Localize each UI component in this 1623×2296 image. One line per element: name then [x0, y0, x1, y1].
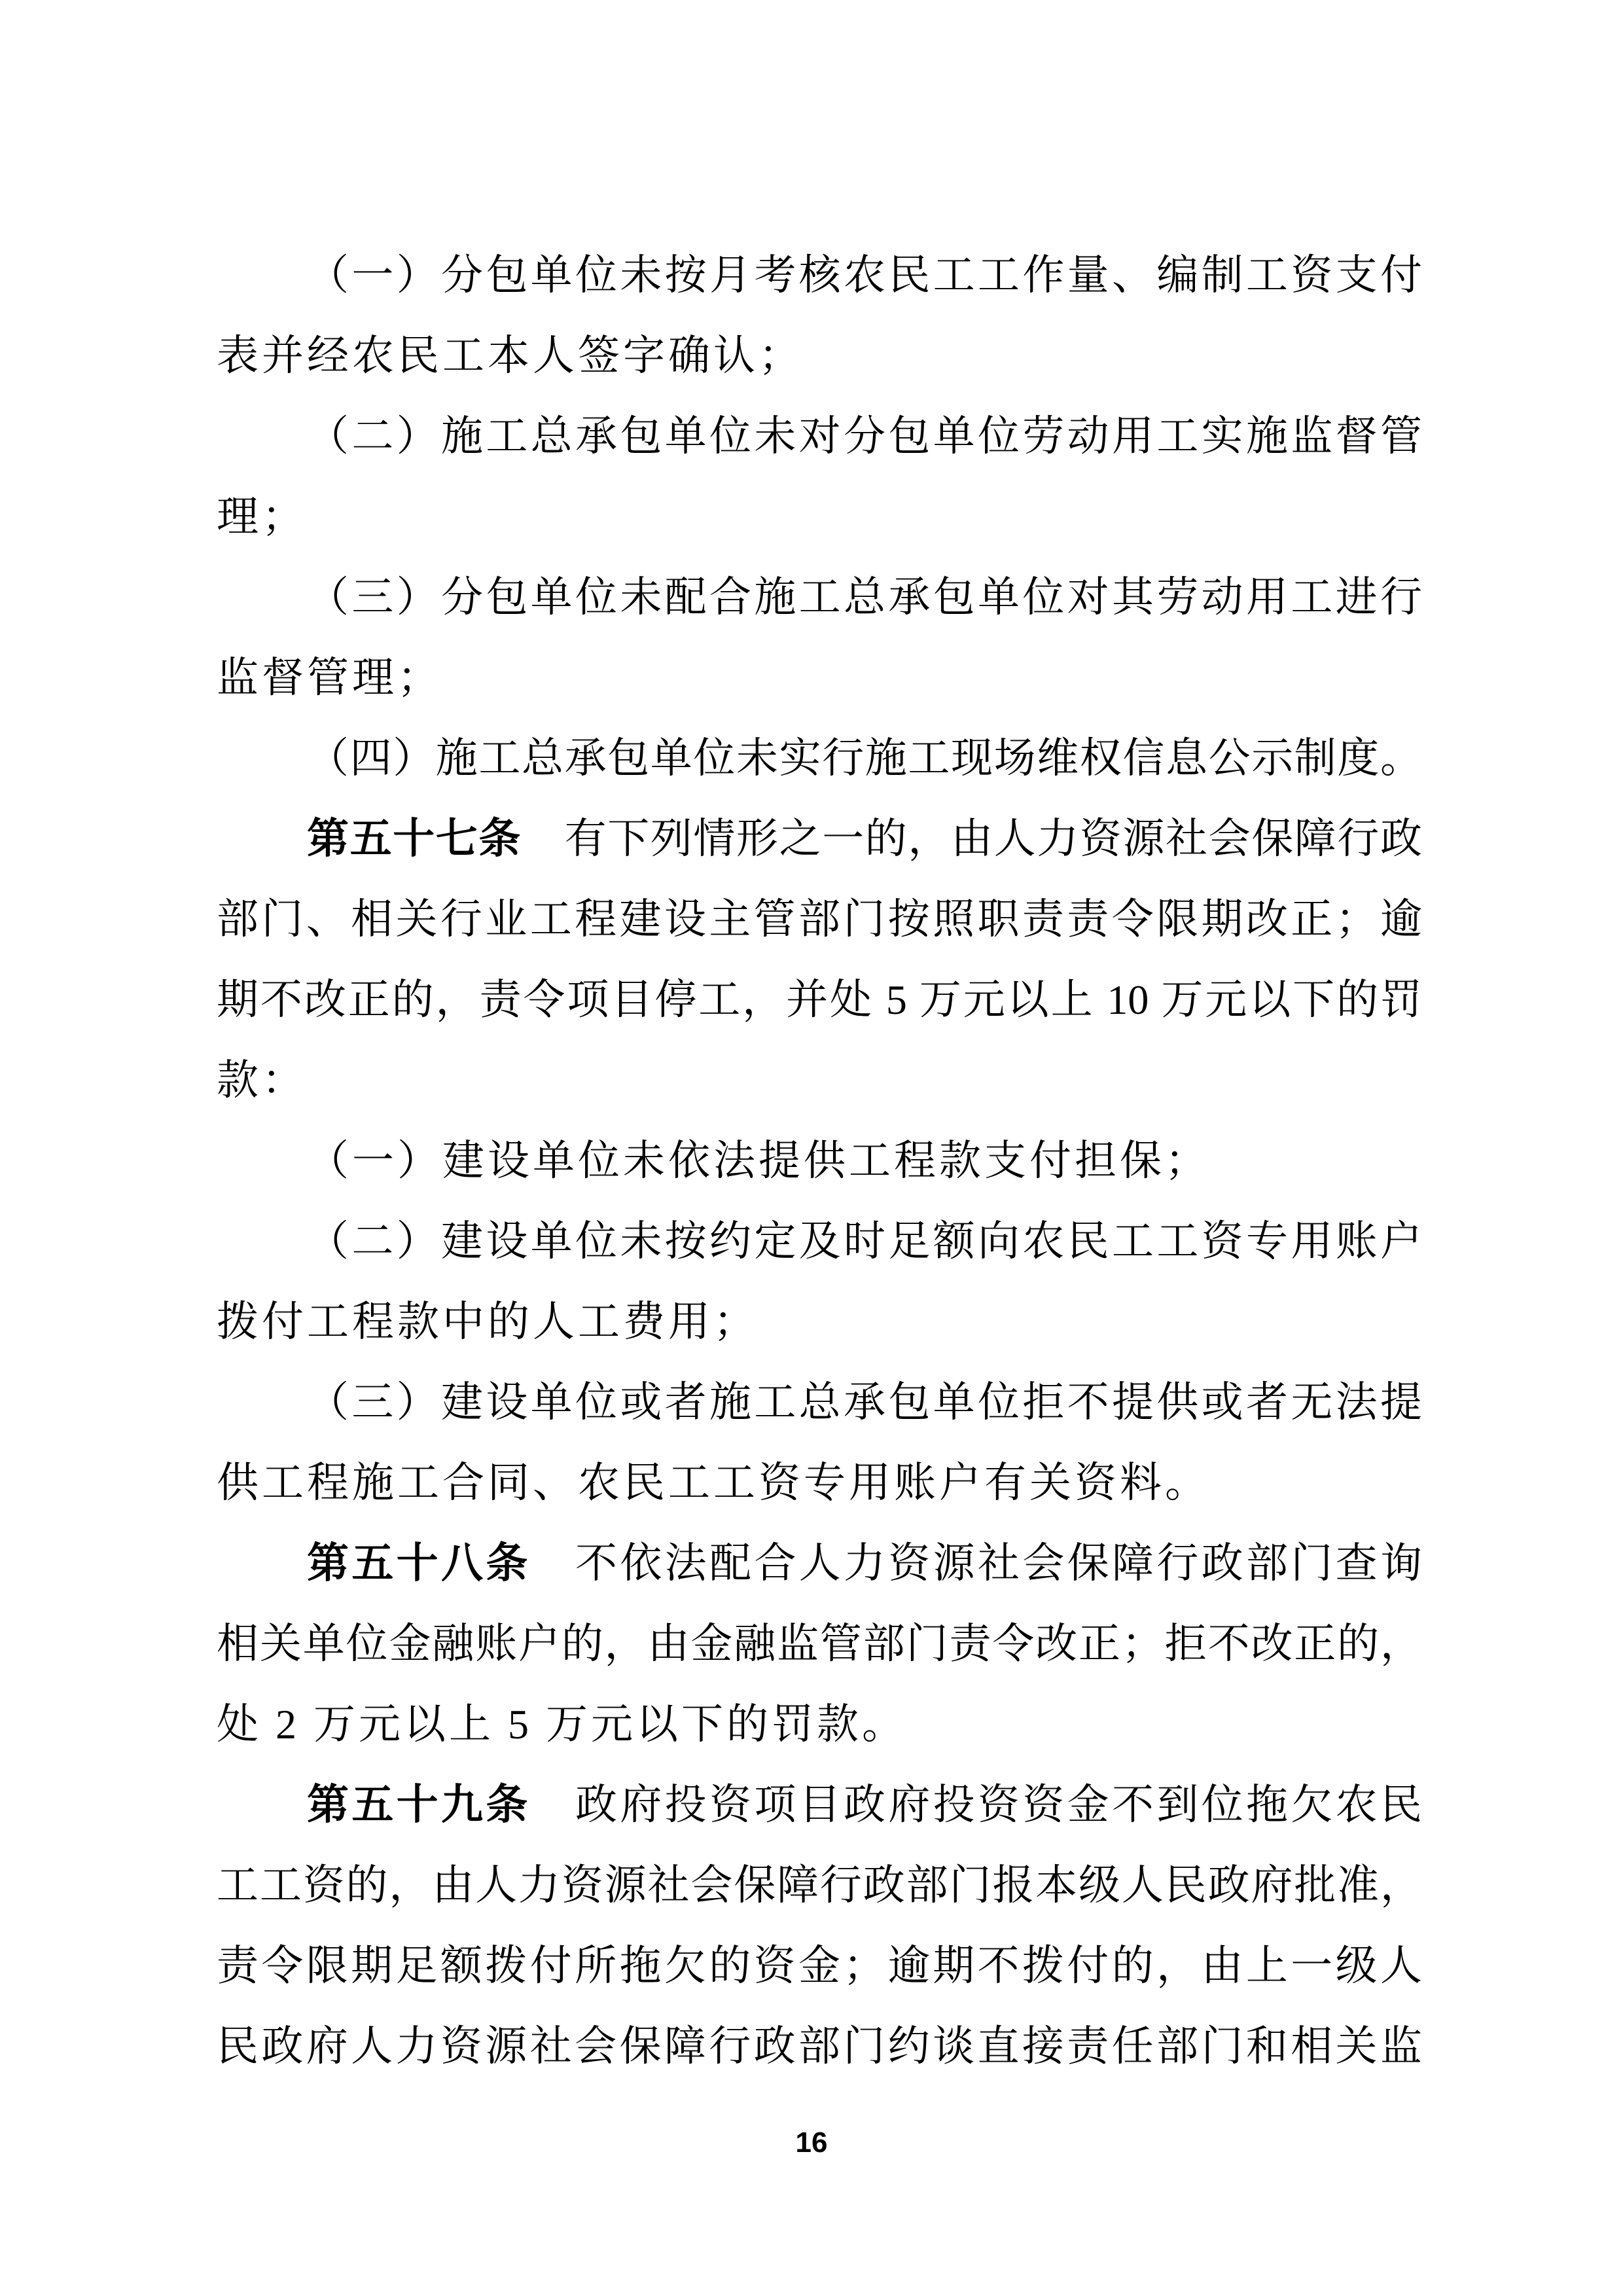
line-text: 相关单位金融账户的，由金融监管部门责令改正；拒不改正的， — [217, 1621, 1422, 1667]
text-line: 监督管理； — [217, 637, 1422, 718]
text-line: 相关单位金融账户的，由金融监管部门责令改正；拒不改正的， — [217, 1604, 1422, 1684]
line-text: 政府投资项目政府投资资金不到位拖欠农民 — [531, 1782, 1422, 1828]
line-text: 拨付工程款中的人工费用； — [217, 1299, 758, 1345]
text-line: 第五十七条 有下列情形之一的，由人力资源社会保障行政 — [217, 798, 1422, 879]
line-text: 部门、相关行业工程建设主管部门按照职责责令限期改正；逾 — [217, 896, 1422, 942]
line-text: 有下列情形之一的，由人力资源社会保障行政 — [522, 816, 1422, 862]
text-line: （三）建设单位或者施工总承包单位拒不提供或者无法提 — [217, 1362, 1422, 1443]
document-page: （一）分包单位未按月考核农民工工作量、编制工资支付表并经农民工本人签字确认；（二… — [0, 0, 1623, 2296]
line-text: 供工程施工合同、农民工工资专用账户有关资料。 — [217, 1460, 1210, 1506]
text-line: （一）建设单位未依法提供工程款支付担保； — [217, 1121, 1422, 1201]
line-text: （一）分包单位未按月考核农民工工作量、编制工资支付 — [307, 252, 1422, 298]
line-text: 责令限期足额拨付所拖欠的资金；逾期不拨付的，由上一级人 — [217, 1943, 1422, 1989]
article-number: 第五十七条 — [307, 816, 522, 862]
line-text: （二）建设单位未按约定及时足额向农民工工资专用账户 — [307, 1218, 1422, 1265]
text-line: 表并经农民工本人签字确认； — [217, 315, 1422, 396]
line-text: 理； — [217, 493, 307, 540]
text-line: （三）分包单位未配合施工总承包单位对其劳动用工进行 — [217, 557, 1422, 637]
line-text: （一）建设单位未依法提供工程款支付担保； — [307, 1138, 1210, 1184]
text-line: 处 2 万元以上 5 万元以下的罚款。 — [217, 1684, 1422, 1765]
article-number: 第五十八条 — [307, 1540, 531, 1587]
text-line: （二）建设单位未按约定及时足额向农民工工资专用账户 — [217, 1201, 1422, 1282]
text-line: 部门、相关行业工程建设主管部门按照职责责令限期改正；逾 — [217, 879, 1422, 960]
text-line: （二）施工总承包单位未对分包单位劳动用工实施监督管 — [217, 396, 1422, 476]
line-text: （三）建设单位或者施工总承包单位拒不提供或者无法提 — [307, 1379, 1422, 1426]
text-line: 工工资的，由人力资源社会保障行政部门报本级人民政府批准， — [217, 1845, 1422, 1926]
line-text: （三）分包单位未配合施工总承包单位对其劳动用工进行 — [307, 574, 1422, 620]
line-text: 表并经农民工本人签字确认； — [217, 332, 804, 379]
line-text: 处 2 万元以上 5 万元以下的罚款。 — [217, 1701, 907, 1748]
line-text: 民政府人力资源社会保障行政部门约谈直接责任部门和相关监 — [217, 2023, 1422, 2070]
line-text: 工工资的，由人力资源社会保障行政部门报本级人民政府批准， — [217, 1862, 1422, 1909]
text-line: 款： — [217, 1040, 1422, 1121]
line-text: （四）施工总承包单位未实行施工现场维权信息公示制度。 — [307, 735, 1422, 781]
text-line: 期不改正的，责令项目停工，并处 5 万元以上 10 万元以下的罚 — [217, 960, 1422, 1040]
text-line: 第五十九条 政府投资项目政府投资资金不到位拖欠农民 — [217, 1765, 1422, 1845]
text-line: 第五十八条 不依法配合人力资源社会保障行政部门查询 — [217, 1523, 1422, 1604]
line-text: （二）施工总承包单位未对分包单位劳动用工实施监督管 — [307, 413, 1422, 459]
text-line: 拨付工程款中的人工费用； — [217, 1282, 1422, 1362]
text-line: 供工程施工合同、农民工工资专用账户有关资料。 — [217, 1443, 1422, 1523]
line-text: 款： — [217, 1057, 307, 1103]
text-body: （一）分包单位未按月考核农民工工作量、编制工资支付表并经农民工本人签字确认；（二… — [217, 235, 1422, 2087]
line-text: 监督管理； — [217, 655, 442, 701]
text-line: 民政府人力资源社会保障行政部门约谈直接责任部门和相关监 — [217, 2006, 1422, 2087]
line-text: 不依法配合人力资源社会保障行政部门查询 — [531, 1540, 1422, 1587]
line-text: 期不改正的，责令项目停工，并处 5 万元以上 10 万元以下的罚 — [217, 977, 1422, 1023]
article-number: 第五十九条 — [307, 1782, 531, 1828]
text-line: 理； — [217, 476, 1422, 557]
text-line: 责令限期足额拨付所拖欠的资金；逾期不拨付的，由上一级人 — [217, 1926, 1422, 2006]
text-line: （一）分包单位未按月考核农民工工作量、编制工资支付 — [217, 235, 1422, 315]
text-line: （四）施工总承包单位未实行施工现场维权信息公示制度。 — [217, 718, 1422, 798]
page-number: 16 — [0, 2127, 1623, 2159]
